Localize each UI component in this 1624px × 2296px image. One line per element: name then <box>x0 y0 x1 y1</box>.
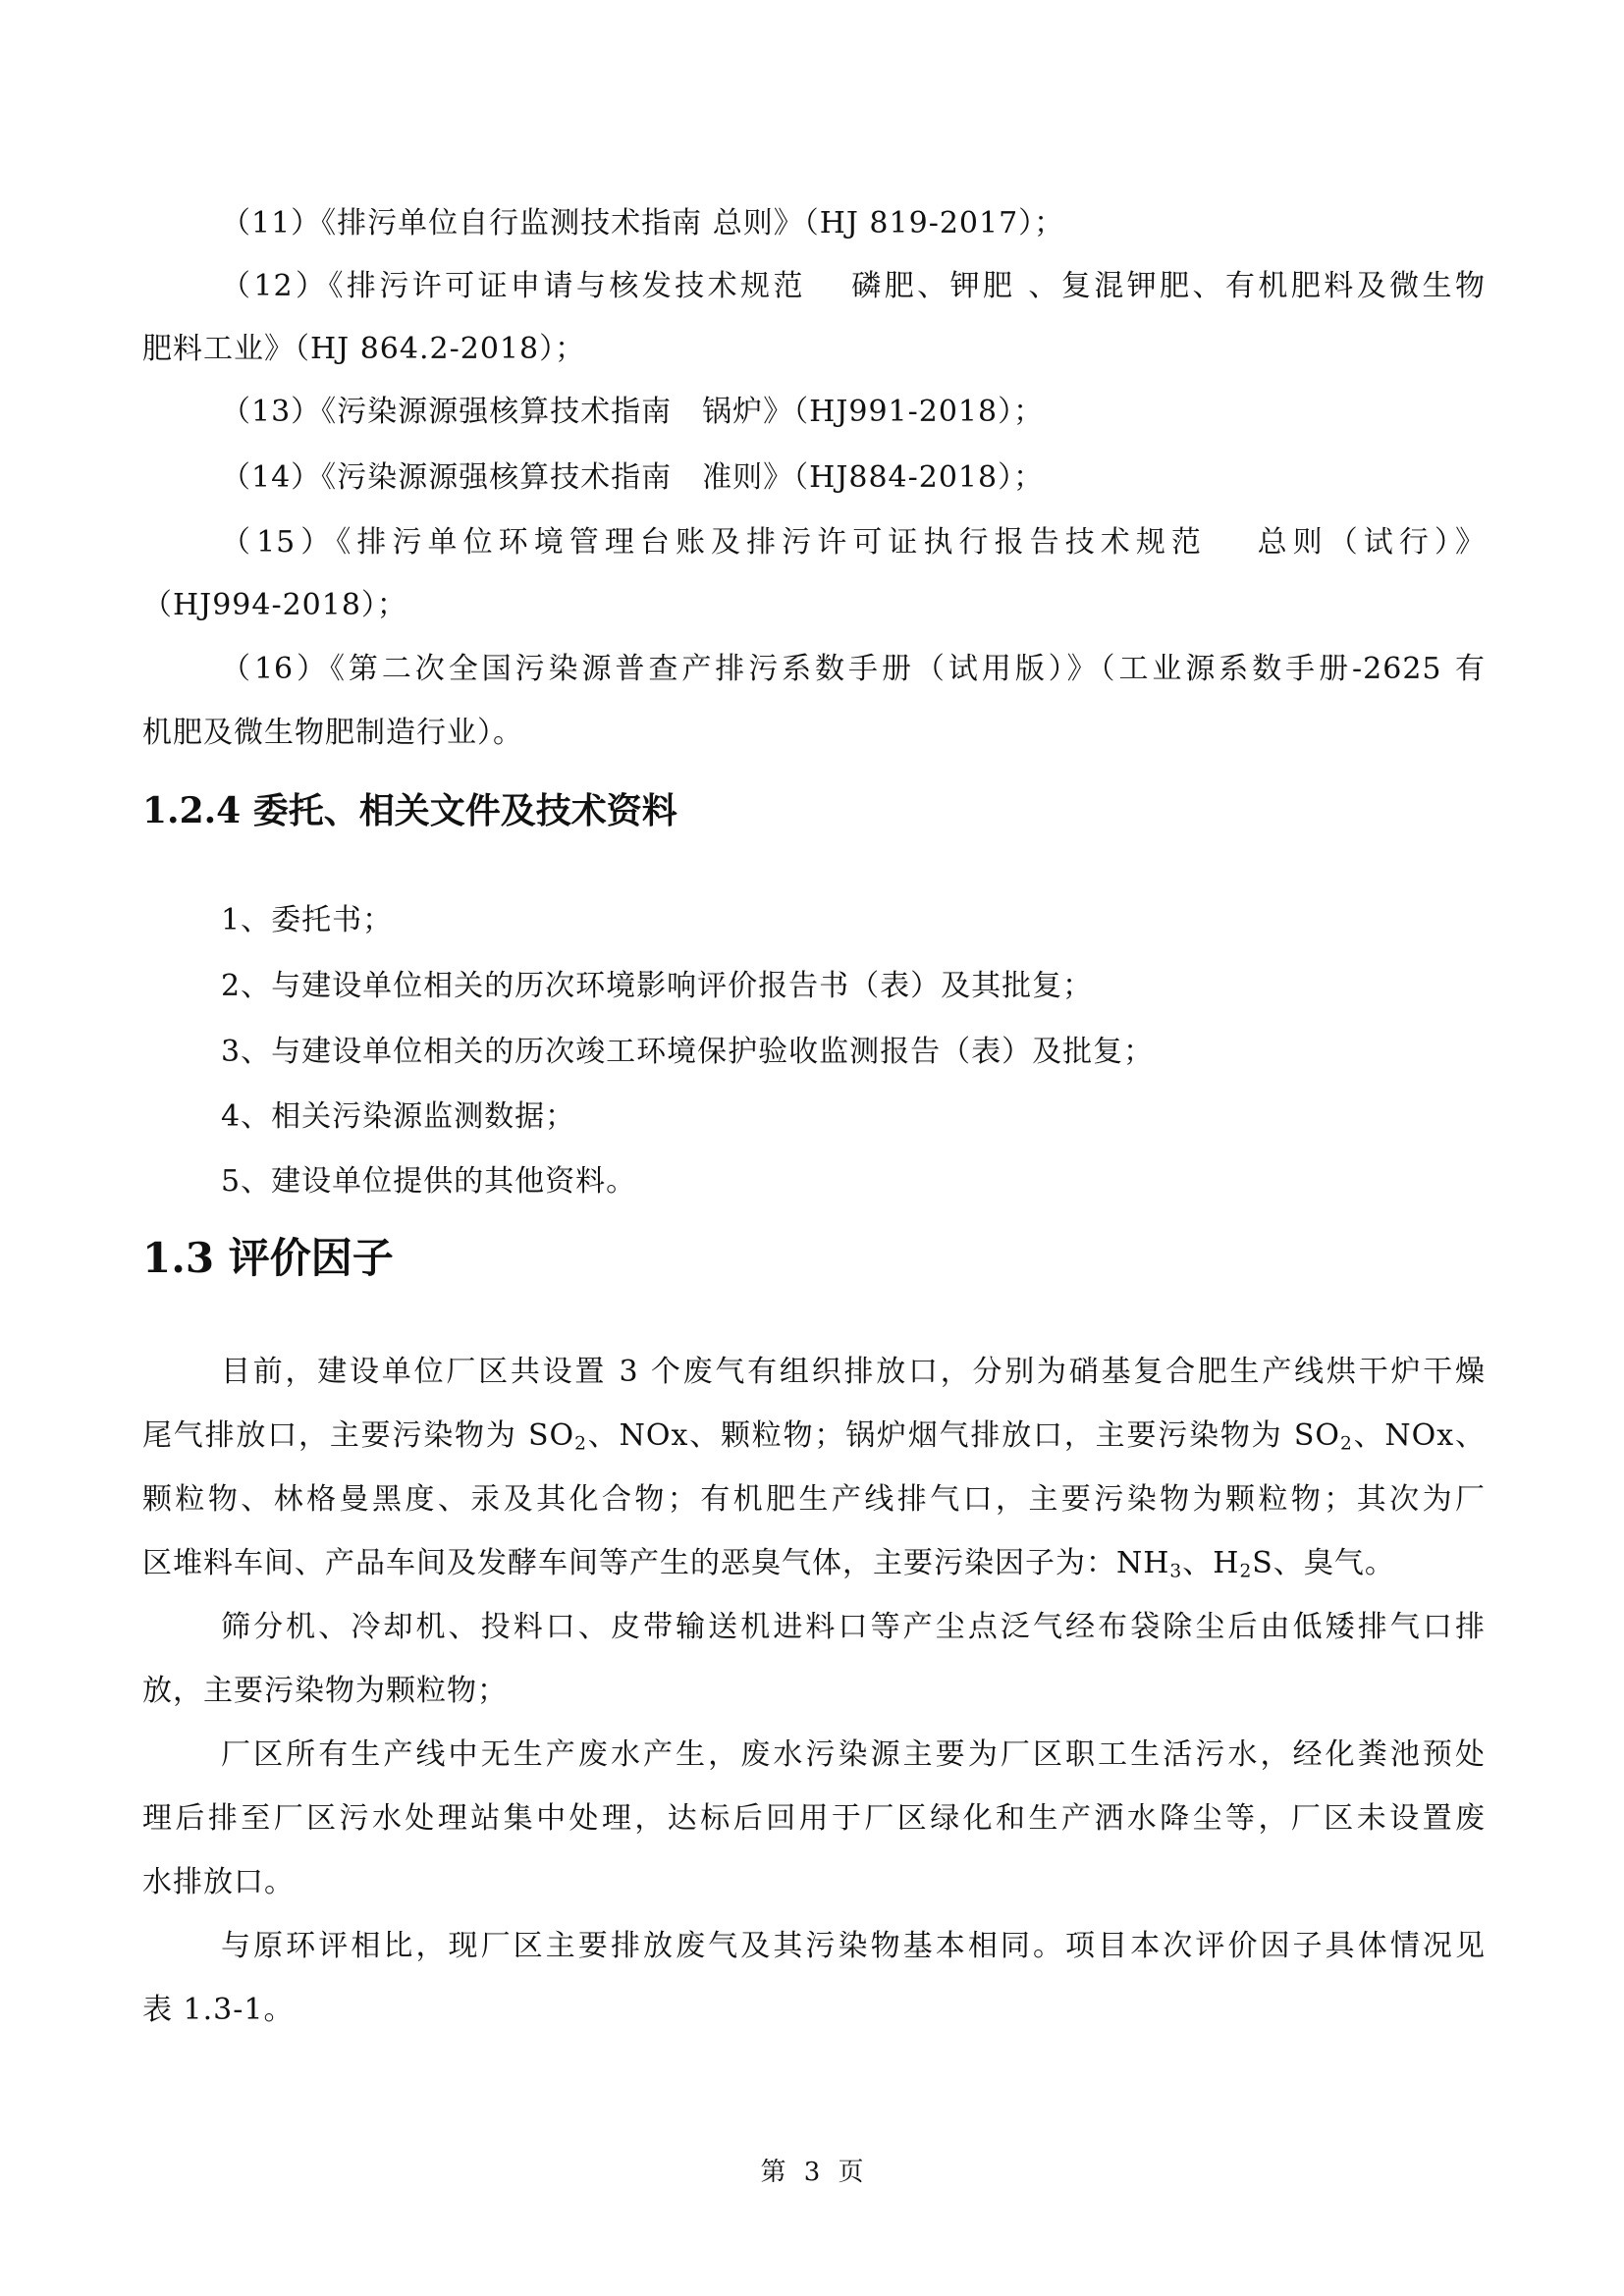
list-item-1: 1、委托书； <box>221 901 1486 940</box>
paragraph-1-line1: 目前，建设单位厂区共设置 3 个废气有组织排放口，分别为硝基复合肥生产线烘干炉干… <box>221 1353 1486 1392</box>
paragraph-3-line2: 理后排至厂区污水处理站集中处理，达标后回用于厂区绿化和生产洒水降尘等，厂区未设置… <box>142 1799 1486 1839</box>
paragraph-1-line3: 颗粒物、林格曼黑度、汞及其化合物；有机肥生产线排气口，主要污染物为颗粒物；其次为… <box>142 1480 1486 1520</box>
paragraph-4-line1: 与原环评相比，现厂区主要排放废气及其污染物基本相同。项目本次评价因子具体情况见 <box>221 1927 1486 1966</box>
paragraph-1-line4: 区堆料车间、产品车间及发酵车间等产生的恶臭气体，主要污染因子为：NH3、H2S、… <box>142 1544 1486 1583</box>
paragraph-3-line1: 厂区所有生产线中无生产废水产生，废水污染源主要为厂区职工生活污水，经化粪池预处 <box>221 1735 1486 1775</box>
section-heading-1-3: 1.3 评价因子 <box>142 1239 1486 1278</box>
reference-item-11: （11）《排污单位自行监测技术指南 总则》（HJ 819-2017）； <box>221 204 1486 243</box>
section-heading-1-2-4: 1.2.4 委托、相关文件及技术资料 <box>142 791 1486 830</box>
reference-item-12-line1: （12）《排污许可证申请与核发技术规范 磷肥、钾肥 、复混钾肥、有机肥料及微生物 <box>221 267 1486 306</box>
page-number: 第 3 页 <box>0 2155 1624 2190</box>
reference-item-15-line2: （HJ994-2018）； <box>142 586 1486 625</box>
list-item-4: 4、相关污染源监测数据； <box>221 1097 1486 1137</box>
paragraph-2-line2: 放，主要污染物为颗粒物； <box>142 1672 1486 1711</box>
list-item-3: 3、与建设单位相关的历次竣工环境保护验收监测报告（表）及批复； <box>221 1033 1486 1072</box>
reference-item-16-line2: 机肥及微生物肥制造行业）。 <box>142 714 1486 753</box>
paragraph-2-line1: 筛分机、冷却机、投料口、皮带输送机进料口等产尘点泛气经布袋除尘后由低矮排气口排 <box>221 1608 1486 1647</box>
paragraph-3-line3: 水排放口。 <box>142 1863 1486 1902</box>
reference-item-13: （13）《污染源源强核算技术指南 锅炉》（HJ991-2018）； <box>221 393 1486 432</box>
paragraph-1-line2: 尾气排放口，主要污染物为 SO2、NOx、颗粒物；锅炉烟气排放口，主要污染物为 … <box>142 1416 1486 1456</box>
reference-item-12-line2: 肥料工业》（HJ 864.2-2018）； <box>142 330 1486 369</box>
reference-item-15-line1: （15）《排污单位环境管理台账及排污许可证执行报告技术规范 总则（试行）》 <box>221 523 1486 562</box>
paragraph-4-line2: 表 1.3-1。 <box>142 1991 1486 2030</box>
list-item-2: 2、与建设单位相关的历次环境影响评价报告书（表）及其批复； <box>221 967 1486 1006</box>
reference-item-16-line1: （16）《第二次全国污染源普查产排污系数手册（试用版）》（工业源系数手册-262… <box>221 650 1486 689</box>
list-item-5: 5、建设单位提供的其他资料。 <box>221 1162 1486 1201</box>
reference-item-14: （14）《污染源源强核算技术指南 准则》（HJ884-2018）； <box>221 458 1486 498</box>
